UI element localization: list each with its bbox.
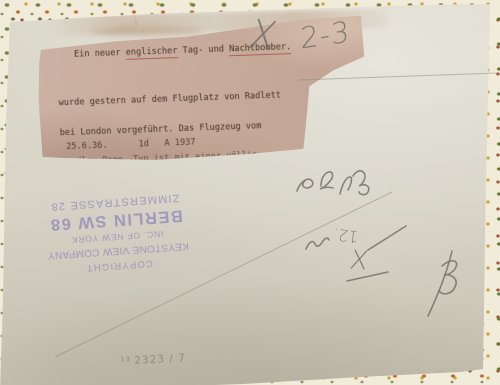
caption-line: wurde gestern auf dem Flugplatz von Radl… xyxy=(59,92,282,109)
tape-residue-stain-small xyxy=(92,26,202,37)
headline-underlined-word-1: englischer xyxy=(126,46,178,59)
pencil-number-2-3: 2-3 xyxy=(300,14,351,55)
serial-prefix: 13 xyxy=(120,355,135,364)
caption-line: bei London vorgeführt. Das Flugzeug vom xyxy=(60,121,283,138)
photo-verso-scene: Ein neuer englischer Tag- und Nachtbombe… xyxy=(0,0,500,385)
serial-value: 2323 / 7 xyxy=(134,352,186,367)
pencil-number-12: 12. xyxy=(332,225,360,247)
headline-text-mid: Tag- und xyxy=(177,44,229,56)
faint-serial-number: 13 2323 / 7 xyxy=(120,346,187,368)
headline-text: Ein neuer xyxy=(74,48,126,60)
